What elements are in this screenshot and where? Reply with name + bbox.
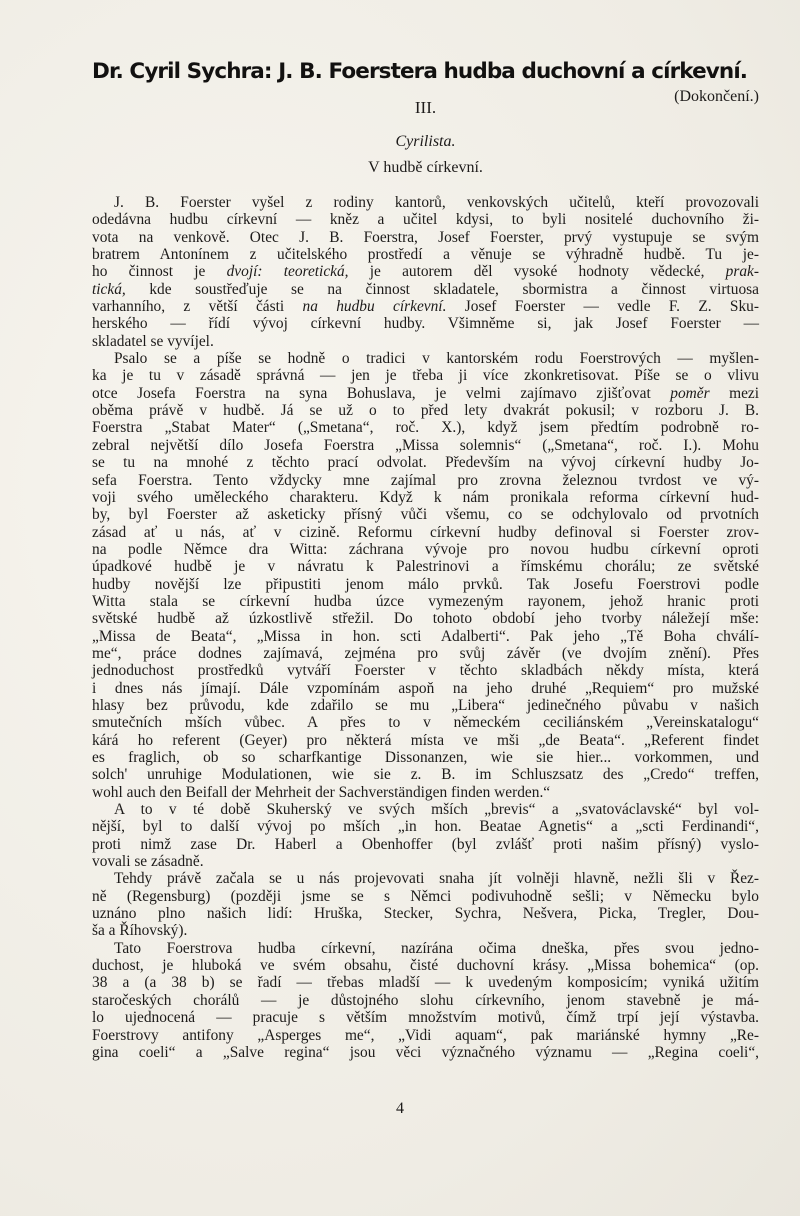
text-line: zebral největší dílo Josefa Foerstra „Mi… xyxy=(92,437,759,454)
text-line: Tato Foerstrova hudba církevní, nazírána… xyxy=(92,940,759,957)
text-line: oběma právě v hudbě. Já se už o to před … xyxy=(92,402,759,419)
text-line: bratrem Antonínem z učitelského prostřed… xyxy=(92,246,759,263)
text-line: herského — řídí vývoj církevní hudby. Vš… xyxy=(92,315,759,332)
text-line: skladatel se vyvíjel. xyxy=(92,333,759,350)
text-line: ho činnost je dvojí: teoretická, je auto… xyxy=(92,263,759,280)
paragraph: J. B. Foerster vyšel z rodiny kantorů, v… xyxy=(92,194,759,350)
text-line: smutečních mších vůbec. A přes to v něme… xyxy=(92,714,759,731)
text-line: staročeských chorálů — je důstojného slo… xyxy=(92,992,759,1009)
text-line: na podle Němce dra Witta: záchrana vývoj… xyxy=(92,541,759,558)
section-number: III. xyxy=(92,98,759,118)
text-line: světské hudbě až úzkostlivě střežil. Do … xyxy=(92,610,759,627)
text-line: me“, práce dodnes zajímavá, zejména pro … xyxy=(92,645,759,662)
text-line: Witta stala se církevní hudba úzce vymez… xyxy=(92,593,759,610)
text-line: tická, kde soustřeďuje se na činnost skl… xyxy=(92,281,759,298)
text-line: sefa Foerstra. Tento vždycky mne zajímal… xyxy=(92,472,759,489)
paragraph: Psalo se a píše se hodně o tradici v kan… xyxy=(92,350,759,801)
text-line: es fraglich, ob so scharfkantige Dissona… xyxy=(92,749,759,766)
text-line: Psalo se a píše se hodně o tradici v kan… xyxy=(92,350,759,367)
text-line: Foerstra „Stabat Mater“ („Smetana“, roč.… xyxy=(92,419,759,436)
text-line: odedávna hudbu církevní — kněz a učitel … xyxy=(92,211,759,228)
italic-emphasis: dvojí: teoretická, xyxy=(227,263,349,280)
text-line: Tehdy právě začala se u nás projevovati … xyxy=(92,870,759,887)
text-line: wohl auch den Beifall der Mehrheit der S… xyxy=(92,784,759,801)
text-line: gina coeli“ a „Salve regina“ jsou věci v… xyxy=(92,1044,759,1061)
section-subtitle-italic: Cyrilista. xyxy=(92,132,759,152)
italic-emphasis: na hudbu církevní. xyxy=(303,298,447,315)
italic-emphasis: tická, xyxy=(92,281,126,298)
text-line: A to v té době Skuherský ve svých mších … xyxy=(92,801,759,818)
italic-emphasis: poměr xyxy=(670,385,709,402)
text-line: Foerstrovy antifony „Asperges me“, „Vidi… xyxy=(92,1027,759,1044)
text-line: ně (Regensburg) (později jsme se s Němci… xyxy=(92,888,759,905)
text-line: kárá ho referent (Geyer) pro některá mís… xyxy=(92,732,759,749)
section-subtitle: V hudbě církevní. xyxy=(92,158,759,178)
page-number: 4 xyxy=(0,1100,800,1118)
text-line: voji svého uměleckého charakteru. Když k… xyxy=(92,489,759,506)
text-line: vovali se zásadně. xyxy=(92,853,759,870)
text-line: zásad ať u nás, ať v cizině. Reformu cír… xyxy=(92,524,759,541)
italic-emphasis: prak- xyxy=(726,263,759,280)
text-line: J. B. Foerster vyšel z rodiny kantorů, v… xyxy=(92,194,759,211)
document-page: Dr. Cyril Sychra: J. B. Foerstera hudba … xyxy=(92,58,759,1061)
text-line: se tu na mnohé z těchto prací odvolat. P… xyxy=(92,454,759,471)
text-line: proti nimž zase Dr. Haberl a Obenhoffer … xyxy=(92,836,759,853)
text-line: otce Josefa Foerstra na syna Bohuslava, … xyxy=(92,385,759,402)
text-line: duchost, je hluboká ve svém obsahu, čist… xyxy=(92,957,759,974)
text-line: uznáno plno našich lidí: Hruška, Stecker… xyxy=(92,905,759,922)
text-line: by, byl Foerster až asketicky přísný vůč… xyxy=(92,506,759,523)
paragraph: Tato Foerstrova hudba církevní, nazírána… xyxy=(92,940,759,1061)
text-line: nější, byl to další vývoj po mších „in h… xyxy=(92,818,759,835)
text-line: vota na venkově. Otec J. B. Foerstra, Jo… xyxy=(92,229,759,246)
text-line: ka je tu v zásadě správná — jen je třeba… xyxy=(92,367,759,384)
article-title: Dr. Cyril Sychra: J. B. Foerstera hudba … xyxy=(92,58,759,86)
text-line: úpadkové hudbě je v návratu k Palestrino… xyxy=(92,558,759,575)
text-line: solch' unruhige Modulationen, wie sie z.… xyxy=(92,766,759,783)
paragraph: A to v té době Skuherský ve svých mších … xyxy=(92,801,759,870)
text-line: ša a Říhovský). xyxy=(92,922,759,939)
paragraph: Tehdy právě začala se u nás projevovati … xyxy=(92,870,759,939)
text-line: hlasy bez průvodu, kde zdařilo se mu „Li… xyxy=(92,697,759,714)
text-line: hudby novější lze připustiti jenom málo … xyxy=(92,576,759,593)
article-body: J. B. Foerster vyšel z rodiny kantorů, v… xyxy=(92,194,759,1061)
text-line: i dnes nás jímají. Dále vzpomínám aspoň … xyxy=(92,680,759,697)
text-line: 38 a (a 38 b) se řadí — třebas mladší — … xyxy=(92,974,759,991)
text-line: lo ujednocená — pracuje s větším množstv… xyxy=(92,1009,759,1026)
text-line: jednoduchost prostředků vytváří Foerster… xyxy=(92,662,759,679)
text-line: „Missa de Beata“, „Missa in hon. scti Ad… xyxy=(92,628,759,645)
text-line: varhanního, z větší části na hudbu círke… xyxy=(92,298,759,315)
